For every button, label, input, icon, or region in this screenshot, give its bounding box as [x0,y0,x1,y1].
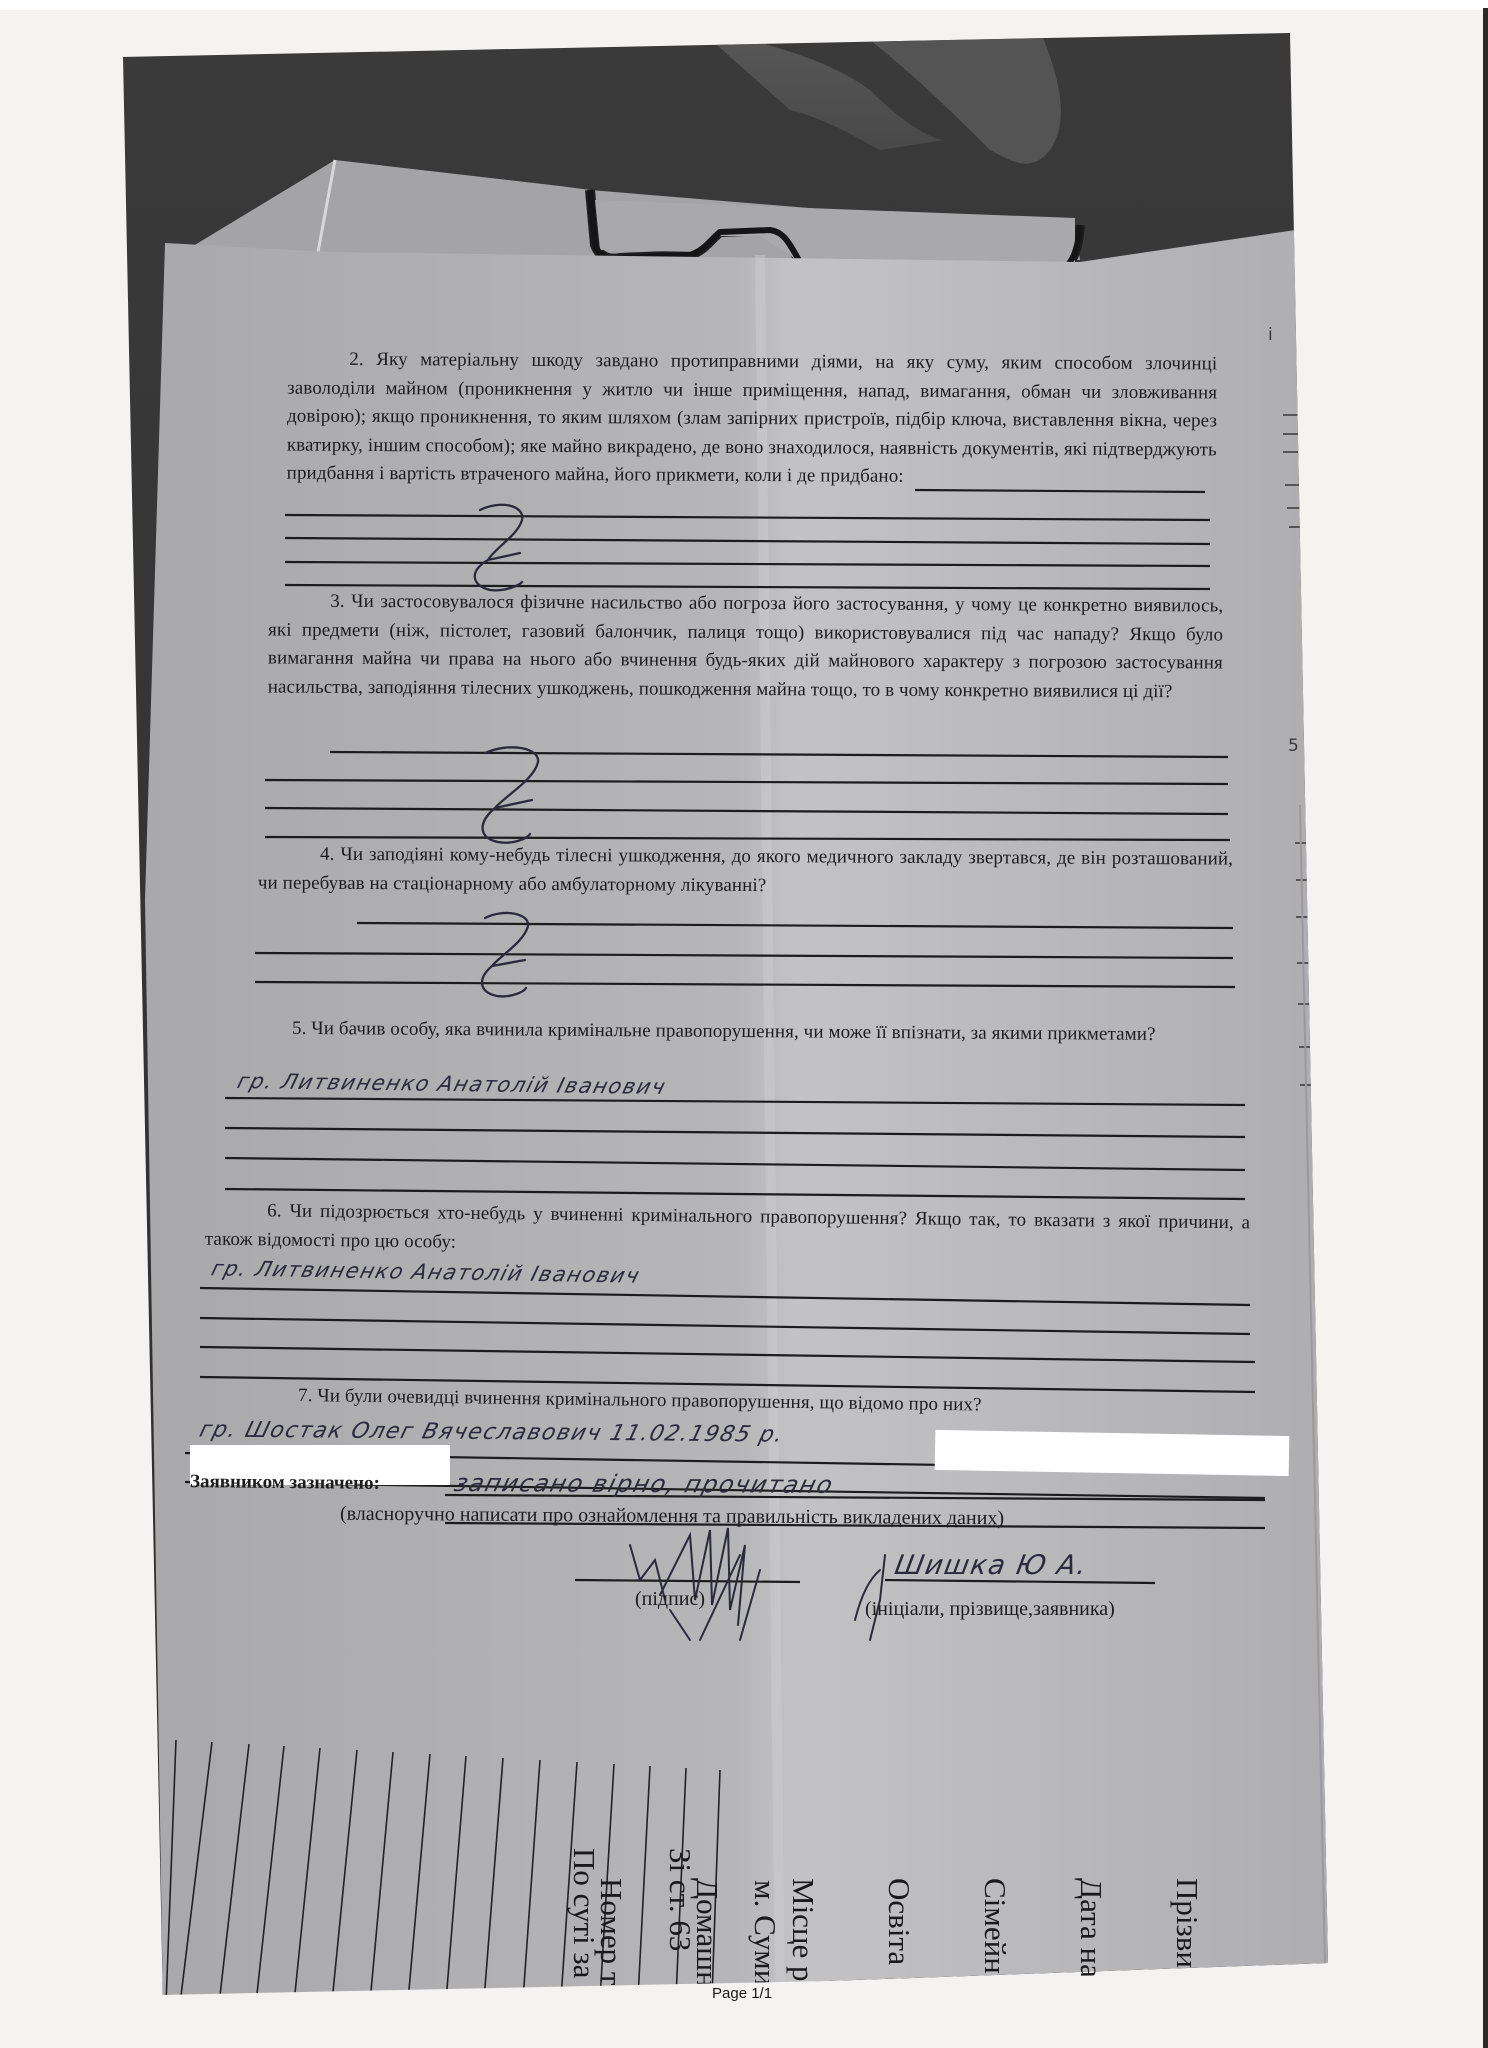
question-2: 2. Яку матеріальну шкоду завдано протипр… [287,346,1218,493]
applicant-note-label: Заявником зазначено: [190,1471,380,1495]
question-5-number: 5. [292,1018,307,1039]
signature-name-label: (ініціали, прізвище,заявника) [865,1598,1115,1621]
question-7-answer: гр. Шостак Олег Вячеславович 11.02.1985 … [197,1417,787,1447]
rotated-line: Освіта [883,1878,915,1988]
question-2-number: 2. [349,349,364,370]
redaction-block [935,1430,1290,1476]
question-4-text: Чи заподіяні кому-небудь тілесні ушкодже… [258,844,1233,896]
margin-mark-5: 5 [1288,736,1299,756]
question-3-number: 3. [330,591,345,612]
rotated-line: Сімейн [979,1878,1011,1988]
applicant-note-instruction: (власноручно написати про ознайомлення т… [340,1503,1004,1531]
signature-label: (підпис) [635,1588,705,1611]
question-3-text: Чи застосовувалося фізичне насильство аб… [268,591,1224,702]
question-4-number: 4. [320,844,335,865]
rotated-line: Дата на [1075,1878,1107,1988]
applicant-note-handwritten: записано вірно, прочитано [451,1469,836,1499]
question-3: 3. Чи застосовувалося фізичне насильство… [268,588,1224,707]
question-4: 4. Чи заподіяні кому-небудь тілесні ушко… [258,840,1233,902]
rotated-line: Зі ст. 63 [664,1848,696,1978]
scan-border [1483,8,1488,2048]
margin-mark-i: i [1268,325,1273,345]
question-2-text: Яку матеріальну шкоду завдано протиправн… [287,349,1218,487]
signature-name-handwritten: Шишка Ю А. [892,1550,1090,1581]
question-6-text: Чи підозрюється хто-небудь у вчиненні кр… [205,1201,1251,1253]
page-label-overlay: Page 1/1 [712,1985,772,2002]
rotated-text-block-3: Зі ст. 63 По суті за [536,1848,760,1978]
question-5-text: Чи бачив особу, яка вчинила кримінальне … [311,1018,1155,1045]
question-6-number: 6. [267,1200,282,1221]
rotated-line: Прізви [1171,1878,1203,1988]
question-7-text: Чи були очевидці вчинення кримінального … [317,1385,982,1415]
rotated-line: По суті за [568,1848,600,1978]
question-7-number: 7. [298,1385,313,1406]
